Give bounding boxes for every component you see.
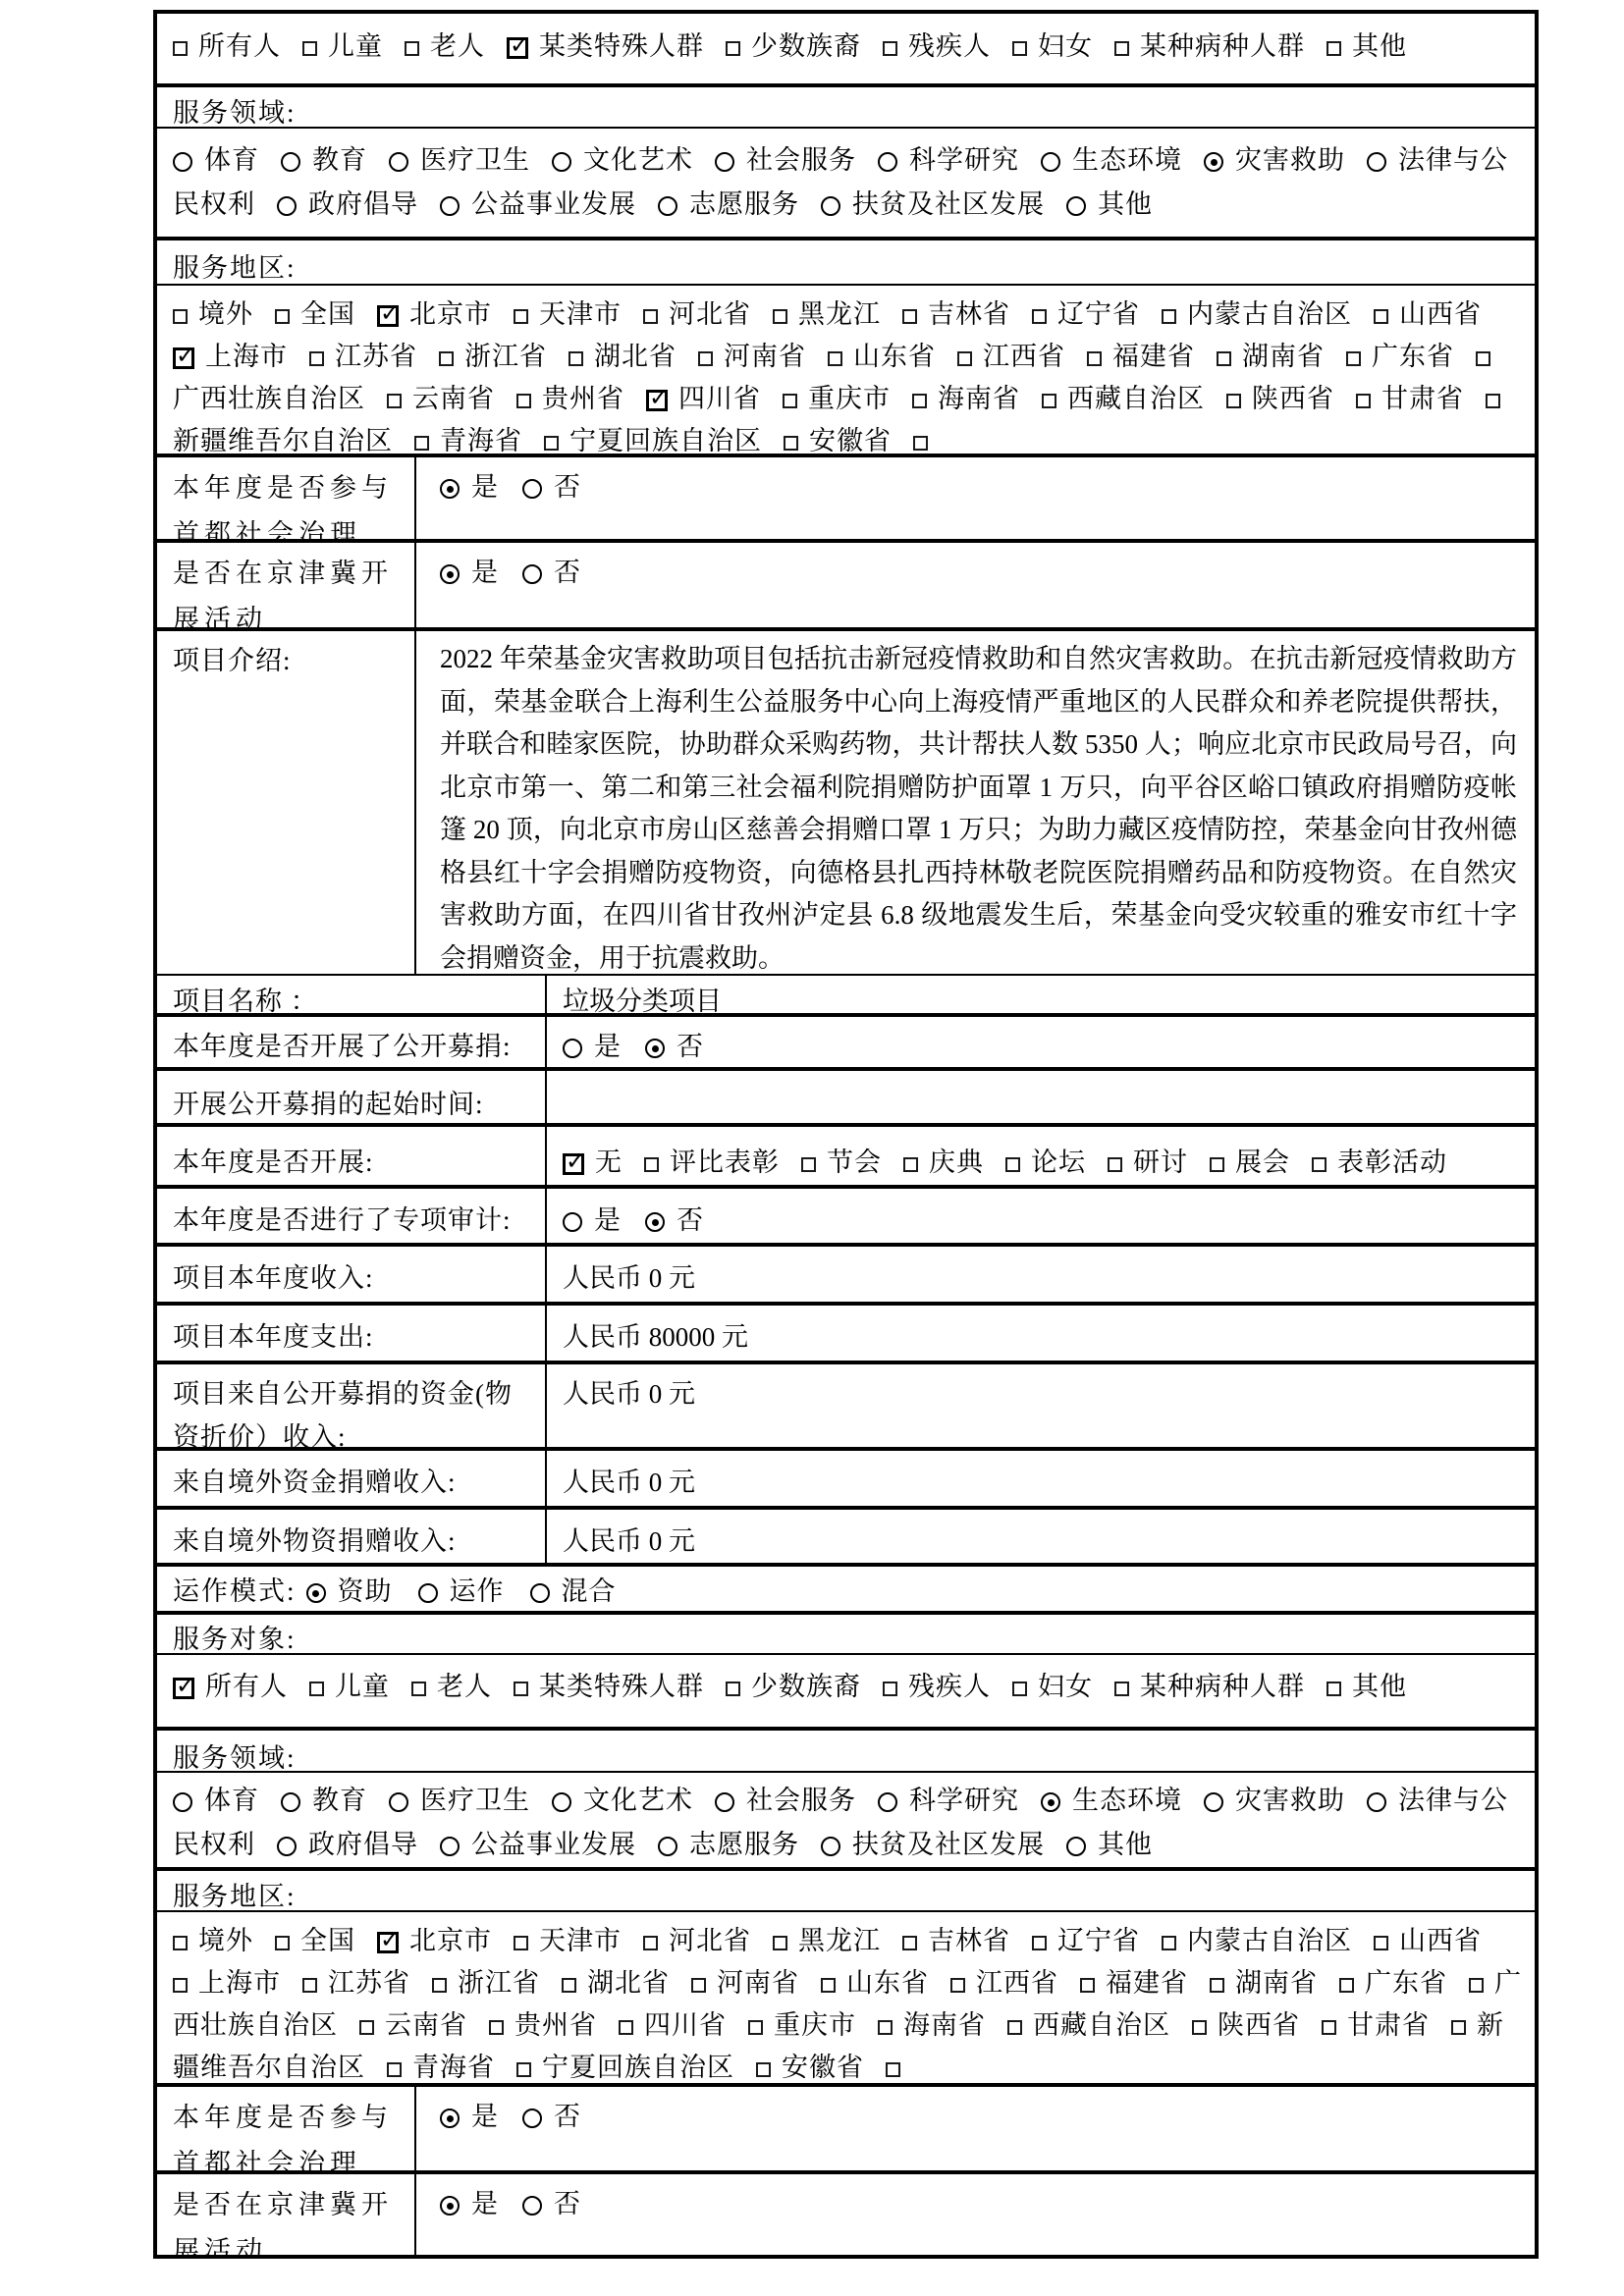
checkbox-option[interactable]: 辽宁省 [1032,1926,1140,1955]
checkbox-option[interactable]: 西藏自治区 [1042,384,1205,413]
radio-option[interactable]: 志愿服务 [658,189,799,219]
checkbox-icon[interactable] [1217,351,1231,366]
checkbox-option[interactable]: 内蒙古自治区 [1162,299,1352,329]
checkbox-icon[interactable] [1356,394,1371,408]
checkbox-option[interactable]: 江西省 [950,1968,1058,1998]
checkbox-icon[interactable] [878,2020,893,2035]
checkbox-icon[interactable] [173,309,188,324]
radio-option[interactable]: 公益事业发展 [440,1830,636,1859]
checkbox-option[interactable]: 无 [563,1148,623,1177]
checkbox-option[interactable]: 河南省 [698,342,806,371]
checkbox-option[interactable]: 妇女 [1012,1672,1093,1701]
operation-mode-label: 运作模式: [173,1576,297,1606]
checkbox-icon[interactable] [643,1936,658,1950]
checkbox-option[interactable]: 安徽省 [756,2053,864,2082]
checkbox-icon[interactable] [1339,1978,1354,1993]
radio-icon[interactable] [1204,1792,1223,1812]
checkbox-option[interactable]: 天津市 [514,1926,622,1955]
project-intro-text: 2022 年荣基金灾害救助项目包括抗击新冠疫情救助和自然灾害救助。在抗击新冠疫情… [416,631,1535,974]
checkbox-icon[interactable] [886,2062,900,2077]
checkbox-option[interactable] [886,2053,911,2082]
option-label: 贵州省 [514,2010,597,2040]
radio-selected-icon[interactable] [440,479,460,499]
checkbox-option[interactable]: 某种病种人群 [1114,1672,1305,1701]
option-label: 是 [471,558,499,587]
fundraising-income-label-cell: 项目来自公开募捐的资金(物 资折价）收入: [157,1364,547,1447]
checkbox-option[interactable]: 河南省 [691,1968,799,1998]
checkbox-icon[interactable] [902,1936,917,1950]
checkbox-icon[interactable] [439,351,454,366]
radio-option[interactable]: 资助 [306,1576,393,1606]
checkbox-icon[interactable] [514,1682,528,1696]
checkbox-option[interactable]: 四川省 [646,384,761,413]
radio-icon[interactable] [1041,152,1060,172]
radio-option[interactable]: 生态环境 [1041,145,1182,175]
checkbox-option[interactable]: 安徽省 [784,426,892,454]
checkbox-option[interactable]: 山东省 [821,1968,929,1998]
checkbox-option[interactable]: 甘肃省 [1356,384,1464,413]
radio-option[interactable]: 扶贫及社区发展 [821,1830,1045,1859]
option-label: 体育 [204,1786,259,1815]
radio-option[interactable]: 体育 [173,145,259,175]
checkbox-icon[interactable] [173,41,188,56]
row-project-name: 项目名称 ： 垃圾分类项目 [157,974,1535,1013]
option-label: 妇女 [1038,31,1093,61]
radio-option[interactable]: 是 [440,472,499,502]
radio-selected-icon[interactable] [306,1583,326,1603]
project-name-label-cell: 项目名称 ： [157,976,547,1013]
radio-icon[interactable] [715,152,734,172]
checkbox-icon[interactable] [691,1978,706,1993]
checkbox-option[interactable]: 残疾人 [883,31,991,61]
checkbox-icon[interactable] [1114,1682,1129,1696]
checkbox-icon[interactable] [821,1978,836,1993]
checkbox-icon[interactable] [957,351,972,366]
radio-option[interactable]: 文化艺术 [552,145,693,175]
radio-option[interactable]: 是 [440,2102,499,2131]
checkbox-icon[interactable] [913,436,928,451]
checkbox-checked-icon[interactable] [377,1932,399,1953]
checkbox-option[interactable] [913,426,939,454]
checkbox-icon[interactable] [1226,394,1241,408]
checkbox-option[interactable]: 云南省 [359,2010,467,2040]
checkbox-option[interactable]: 某种病种人群 [1114,31,1305,61]
radio-icon[interactable] [173,1792,192,1812]
checkbox-icon[interactable] [432,1978,447,1993]
checkbox-option[interactable]: 吉林省 [902,1926,1010,1955]
checkbox-checked-icon[interactable] [173,1678,194,1699]
checkbox-option[interactable]: 庆典 [903,1148,984,1177]
checkbox-option[interactable]: 节会 [801,1148,882,1177]
checkbox-icon[interactable] [1469,1978,1484,1993]
checkbox-icon[interactable] [784,436,798,451]
radio-icon[interactable] [389,152,408,172]
option-label: 内蒙古自治区 [1187,299,1352,329]
checkbox-option[interactable]: 浙江省 [432,1968,540,1998]
checkbox-option[interactable]: 福建省 [1080,1968,1188,1998]
checkbox-option[interactable]: 研讨 [1108,1148,1188,1177]
checkbox-icon[interactable] [1326,1682,1341,1696]
checkbox-icon[interactable] [411,1682,426,1696]
option-label: 运作 [450,1576,505,1606]
checkbox-icon[interactable] [302,1978,317,1993]
checkbox-option[interactable]: 重庆市 [748,2010,856,2040]
checkbox-checked-icon[interactable] [173,347,194,369]
checkbox-option[interactable]: 广东省 [1346,342,1454,371]
checkbox-option[interactable]: 境外 [173,299,253,329]
checkbox-icon[interactable] [1326,41,1341,56]
option-label: 江苏省 [335,342,417,371]
checkbox-icon[interactable] [748,2020,763,2035]
checkbox-option[interactable]: 北京市 [377,1926,492,1955]
radio-icon[interactable] [522,2109,542,2128]
checkbox-icon[interactable] [1114,41,1129,56]
radio-selected-icon[interactable] [645,1212,665,1232]
checkbox-icon[interactable] [1032,1936,1047,1950]
radio-option[interactable]: 否 [522,2102,581,2131]
radio-icon[interactable] [821,196,840,216]
checkbox-option[interactable]: 辽宁省 [1032,299,1140,329]
radio-icon[interactable] [563,1039,582,1058]
checkbox-option[interactable]: 残疾人 [883,1672,991,1701]
radio-option[interactable]: 文化艺术 [552,1786,693,1815]
radio-option[interactable]: 科学研究 [878,1786,1019,1815]
jingjinji-label-cell: 是否在京津冀开 展活动 [157,2174,416,2255]
radio-icon[interactable] [1066,196,1086,216]
checkbox-option[interactable]: 妇女 [1012,31,1093,61]
radio-icon[interactable] [522,2196,542,2216]
radio-option[interactable]: 其他 [1066,189,1153,219]
checkbox-icon[interactable] [1032,309,1047,324]
radio-icon[interactable] [1367,152,1386,172]
radio-icon[interactable] [878,152,897,172]
special-audit-label: 本年度是否进行了专项审计: [173,1205,512,1235]
checkbox-option[interactable]: 湖北省 [568,342,677,371]
public-fundraising-value-cell: 是否 [547,1017,1535,1067]
checkbox-icon[interactable] [1042,394,1056,408]
checkbox-option[interactable]: 宁夏回族自治区 [516,2053,734,2082]
checkbox-icon[interactable] [1012,1682,1027,1696]
radio-option[interactable]: 是 [563,1205,622,1235]
radio-option[interactable]: 是 [440,558,499,587]
checkbox-option[interactable]: 境外 [173,1926,253,1955]
checkbox-option[interactable]: 全国 [275,1926,355,1955]
checkbox-option[interactable]: 江西省 [957,342,1065,371]
radio-icon[interactable] [418,1583,438,1603]
radio-option[interactable]: 教育 [281,1786,367,1815]
radio-option[interactable]: 是 [563,1032,622,1061]
checkbox-option[interactable]: 河北省 [643,1926,751,1955]
checkbox-option[interactable]: 老人 [405,31,485,61]
radio-option[interactable]: 其他 [1066,1830,1153,1859]
checkbox-option[interactable]: 黑龙江 [773,299,881,329]
checkbox-option[interactable]: 儿童 [302,31,383,61]
checkbox-icon[interactable] [828,351,842,366]
radio-option[interactable]: 科学研究 [878,145,1019,175]
checkbox-icon[interactable] [1374,1936,1388,1950]
radio-option[interactable]: 公益事业发展 [440,189,636,219]
radio-option[interactable]: 体育 [173,1786,259,1815]
checkbox-option[interactable]: 山东省 [828,342,936,371]
checkbox-checked-icon[interactable] [377,305,399,327]
checkbox-option[interactable]: 黑龙江 [773,1926,881,1955]
checkbox-icon[interactable] [643,309,658,324]
checkbox-option[interactable]: 四川省 [619,2010,727,2040]
radio-icon[interactable] [563,1212,582,1232]
checkbox-icon[interactable] [1005,1157,1020,1172]
checkbox-option[interactable]: 山西省 [1374,299,1482,329]
row-operation-mode: 运作模式:资助运作混合 [157,1563,1535,1611]
checkbox-icon[interactable] [544,436,559,451]
checkbox-icon[interactable] [275,309,290,324]
checkbox-option[interactable]: 青海省 [414,426,522,454]
radio-icon[interactable] [277,1837,297,1856]
checkbox-option[interactable]: 某类特殊人群 [514,1672,704,1701]
radio-option[interactable]: 扶贫及社区发展 [821,189,1045,219]
checkbox-option[interactable]: 评比表彰 [644,1148,780,1177]
checkbox-option[interactable]: 青海省 [387,2053,495,2082]
checkbox-icon[interactable] [619,2020,633,2035]
checkbox-option[interactable]: 展会 [1210,1148,1290,1177]
radio-option[interactable]: 教育 [281,145,367,175]
checkbox-icon[interactable] [1451,2020,1466,2035]
radio-option[interactable]: 政府倡导 [277,189,418,219]
radio-icon[interactable] [281,1792,300,1812]
radio-icon[interactable] [1066,1837,1086,1856]
radio-option[interactable]: 否 [645,1032,704,1061]
row-annual-income: 项目本年度收入: 人民币 0 元 [157,1243,1535,1302]
option-label: 其他 [1098,1830,1153,1859]
radio-icon[interactable] [821,1837,840,1856]
checkbox-icon[interactable] [173,1978,188,1993]
option-label: 上海市 [205,342,288,371]
radio-icon[interactable] [440,196,460,216]
checkbox-icon[interactable] [359,2020,374,2035]
checkbox-option[interactable]: 全国 [275,299,355,329]
fundraising-income-label: 项目来自公开募捐的资金(物 资折价）收入: [173,1379,513,1447]
radio-icon[interactable] [522,564,542,584]
checkbox-option[interactable]: 重庆市 [783,384,891,413]
radio-option[interactable]: 医疗卫生 [389,145,530,175]
checkbox-option[interactable]: 西藏自治区 [1007,2010,1170,2040]
checkbox-option[interactable]: 某类特殊人群 [507,31,704,61]
checkbox-icon[interactable] [756,2062,771,2077]
checkbox-option[interactable]: 云南省 [387,384,495,413]
radio-icon[interactable] [522,479,542,499]
radio-option[interactable]: 否 [522,472,581,502]
checkbox-option[interactable]: 陕西省 [1226,384,1334,413]
checkbox-option[interactable]: 老人 [411,1672,492,1701]
radio-icon[interactable] [715,1792,734,1812]
row-fundraising-start-time: 开展公开募捐的起始时间: [157,1067,1535,1123]
checkbox-icon[interactable] [950,1978,965,1993]
checkbox-option[interactable]: 海南省 [912,384,1020,413]
radio-option[interactable]: 是 [440,2189,499,2218]
checkbox-option[interactable]: 其他 [1326,1672,1407,1701]
checkbox-option[interactable]: 所有人 [173,1672,288,1701]
radio-option[interactable]: 医疗卫生 [389,1786,530,1815]
checkbox-option[interactable]: 河北省 [643,299,751,329]
radio-option[interactable]: 政府倡导 [277,1830,418,1859]
checkbox-icon[interactable] [902,309,917,324]
checkbox-icon[interactable] [1007,2020,1022,2035]
checkbox-icon[interactable] [883,1682,897,1696]
checkbox-option[interactable]: 江苏省 [309,342,417,371]
checkbox-icon[interactable] [783,394,797,408]
checkbox-checked-icon[interactable] [507,37,528,59]
checkbox-icon[interactable] [1312,1157,1326,1172]
checkbox-icon[interactable] [644,1157,659,1172]
checkbox-checked-icon[interactable] [646,390,668,411]
project-name-label: 项目名称 ： [173,987,318,1013]
radio-icon[interactable] [552,1792,571,1812]
checkbox-icon[interactable] [516,2062,531,2077]
radio-icon[interactable] [281,152,300,172]
checkbox-option[interactable]: 湖南省 [1210,1968,1318,1998]
radio-option[interactable]: 运作 [418,1576,505,1606]
option-label: 科学研究 [909,145,1019,175]
radio-option[interactable]: 社会服务 [715,145,856,175]
checkbox-option[interactable]: 广东省 [1339,1968,1447,1998]
checkbox-icon[interactable] [275,1936,290,1950]
checkbox-icon[interactable] [1486,394,1500,408]
checkbox-icon[interactable] [1080,1978,1095,1993]
checkbox-icon[interactable] [1192,2020,1207,2035]
checkbox-icon[interactable] [414,436,429,451]
checkbox-option[interactable]: 贵州省 [516,384,624,413]
checkbox-option[interactable]: 论坛 [1005,1148,1086,1177]
checkbox-option[interactable]: 表彰活动 [1312,1148,1447,1177]
radio-option[interactable]: 灾害救助 [1204,1786,1345,1815]
checkbox-icon[interactable] [912,394,927,408]
checkbox-icon[interactable] [698,351,713,366]
radio-icon[interactable] [878,1792,897,1812]
jingjinji-value-cell: 是否 [416,2174,1535,2255]
checkbox-option[interactable]: 江苏省 [302,1968,410,1998]
checkbox-icon[interactable] [309,351,324,366]
option-label: 公益事业发展 [471,1830,636,1859]
radio-selected-icon[interactable] [440,2109,460,2128]
radio-icon[interactable] [389,1792,408,1812]
radio-icon[interactable] [658,1837,677,1856]
checkbox-icon[interactable] [1476,351,1490,366]
radio-icon[interactable] [1367,1792,1386,1812]
radio-option[interactable]: 生态环境 [1041,1786,1182,1815]
checkbox-icon[interactable] [726,1682,740,1696]
checkbox-icon[interactable] [1322,2020,1336,2035]
checkbox-option[interactable]: 湖南省 [1217,342,1325,371]
checkbox-option[interactable]: 内蒙古自治区 [1162,1926,1352,1955]
checkbox-option[interactable]: 浙江省 [439,342,547,371]
checkbox-option[interactable]: 山西省 [1374,1926,1482,1955]
radio-option[interactable]: 社会服务 [715,1786,856,1815]
checkbox-checked-icon[interactable] [563,1153,584,1175]
checkbox-icon[interactable] [773,309,787,324]
radio-icon[interactable] [277,196,297,216]
checkbox-option[interactable]: 儿童 [309,1672,390,1701]
radio-icon[interactable] [440,1837,460,1856]
fundraising-income-value: 人民币 0 元 [547,1364,1535,1447]
checkbox-icon[interactable] [883,41,897,56]
radio-option[interactable]: 混合 [530,1576,617,1606]
overseas-goods-income-label: 来自境外物资捐赠收入: [173,1526,457,1556]
service-field-label: 服务领域: [173,1743,297,1771]
checkbox-icon[interactable] [1210,1157,1224,1172]
checkbox-option[interactable]: 福建省 [1087,342,1195,371]
radio-selected-icon[interactable] [440,564,460,584]
radio-selected-icon[interactable] [440,2196,460,2216]
checkbox-icon[interactable] [801,1157,816,1172]
checkbox-option[interactable]: 湖北省 [562,1968,670,1998]
checkbox-icon[interactable] [1374,309,1388,324]
checkbox-icon[interactable] [173,1936,188,1950]
checkbox-option[interactable]: 其他 [1326,31,1407,61]
checkbox-icon[interactable] [1162,1936,1176,1950]
checkbox-icon[interactable] [489,2020,504,2035]
radio-icon[interactable] [173,152,192,172]
checkbox-icon[interactable] [1210,1978,1224,1993]
checkbox-icon[interactable] [387,394,402,408]
checkbox-option[interactable]: 上海市 [173,342,288,371]
option-label: 云南省 [412,384,495,413]
checkbox-option[interactable]: 吉林省 [902,299,1010,329]
checkbox-icon[interactable] [514,1936,528,1950]
checkbox-icon[interactable] [1087,351,1102,366]
radio-icon[interactable] [552,152,571,172]
radio-selected-icon[interactable] [1204,152,1223,172]
radio-option[interactable]: 否 [645,1205,704,1235]
option-label: 老人 [430,31,485,61]
checkbox-icon[interactable] [302,41,317,56]
checkbox-option[interactable]: 上海市 [173,1968,281,1998]
checkbox-option[interactable]: 北京市 [377,299,492,329]
checkbox-option[interactable]: 陕西省 [1192,2010,1300,2040]
radio-option[interactable]: 志愿服务 [658,1830,799,1859]
checkbox-option[interactable]: 宁夏回族自治区 [544,426,762,454]
checkbox-option[interactable]: 甘肃省 [1322,2010,1430,2040]
checkbox-icon[interactable] [568,351,583,366]
checkbox-icon[interactable] [387,2062,402,2077]
checkbox-icon[interactable] [309,1682,324,1696]
checkbox-icon[interactable] [1012,41,1027,56]
checkbox-icon[interactable] [516,394,531,408]
checkbox-icon[interactable] [514,309,528,324]
checkbox-icon[interactable] [1346,351,1361,366]
radio-selected-icon[interactable] [1041,1792,1060,1812]
checkbox-option[interactable]: 贵州省 [489,2010,597,2040]
checkbox-option[interactable]: 所有人 [173,31,281,61]
checkbox-icon[interactable] [773,1936,787,1950]
radio-icon[interactable] [530,1583,550,1603]
radio-option[interactable]: 否 [522,558,581,587]
checkbox-icon[interactable] [1108,1157,1122,1172]
radio-icon[interactable] [658,196,677,216]
row-service-field-options-1: 体育教育医疗卫生文化艺术社会服务科学研究生态环境灾害救助法律与公民权利政府倡导公… [157,127,1535,237]
radio-option[interactable]: 灾害救助 [1204,145,1345,175]
radio-option[interactable]: 否 [522,2189,581,2218]
checkbox-option[interactable]: 少数族裔 [726,31,861,61]
checkbox-option[interactable]: 少数族裔 [726,1672,861,1701]
checkbox-option[interactable]: 天津市 [514,299,622,329]
radio-selected-icon[interactable] [645,1039,665,1058]
checkbox-icon[interactable] [726,41,740,56]
option-label: 山西省 [1399,299,1482,329]
checkbox-icon[interactable] [562,1978,576,1993]
checkbox-icon[interactable] [903,1157,918,1172]
checkbox-option[interactable]: 海南省 [878,2010,986,2040]
checkbox-icon[interactable] [405,41,419,56]
checkbox-icon[interactable] [1162,309,1176,324]
